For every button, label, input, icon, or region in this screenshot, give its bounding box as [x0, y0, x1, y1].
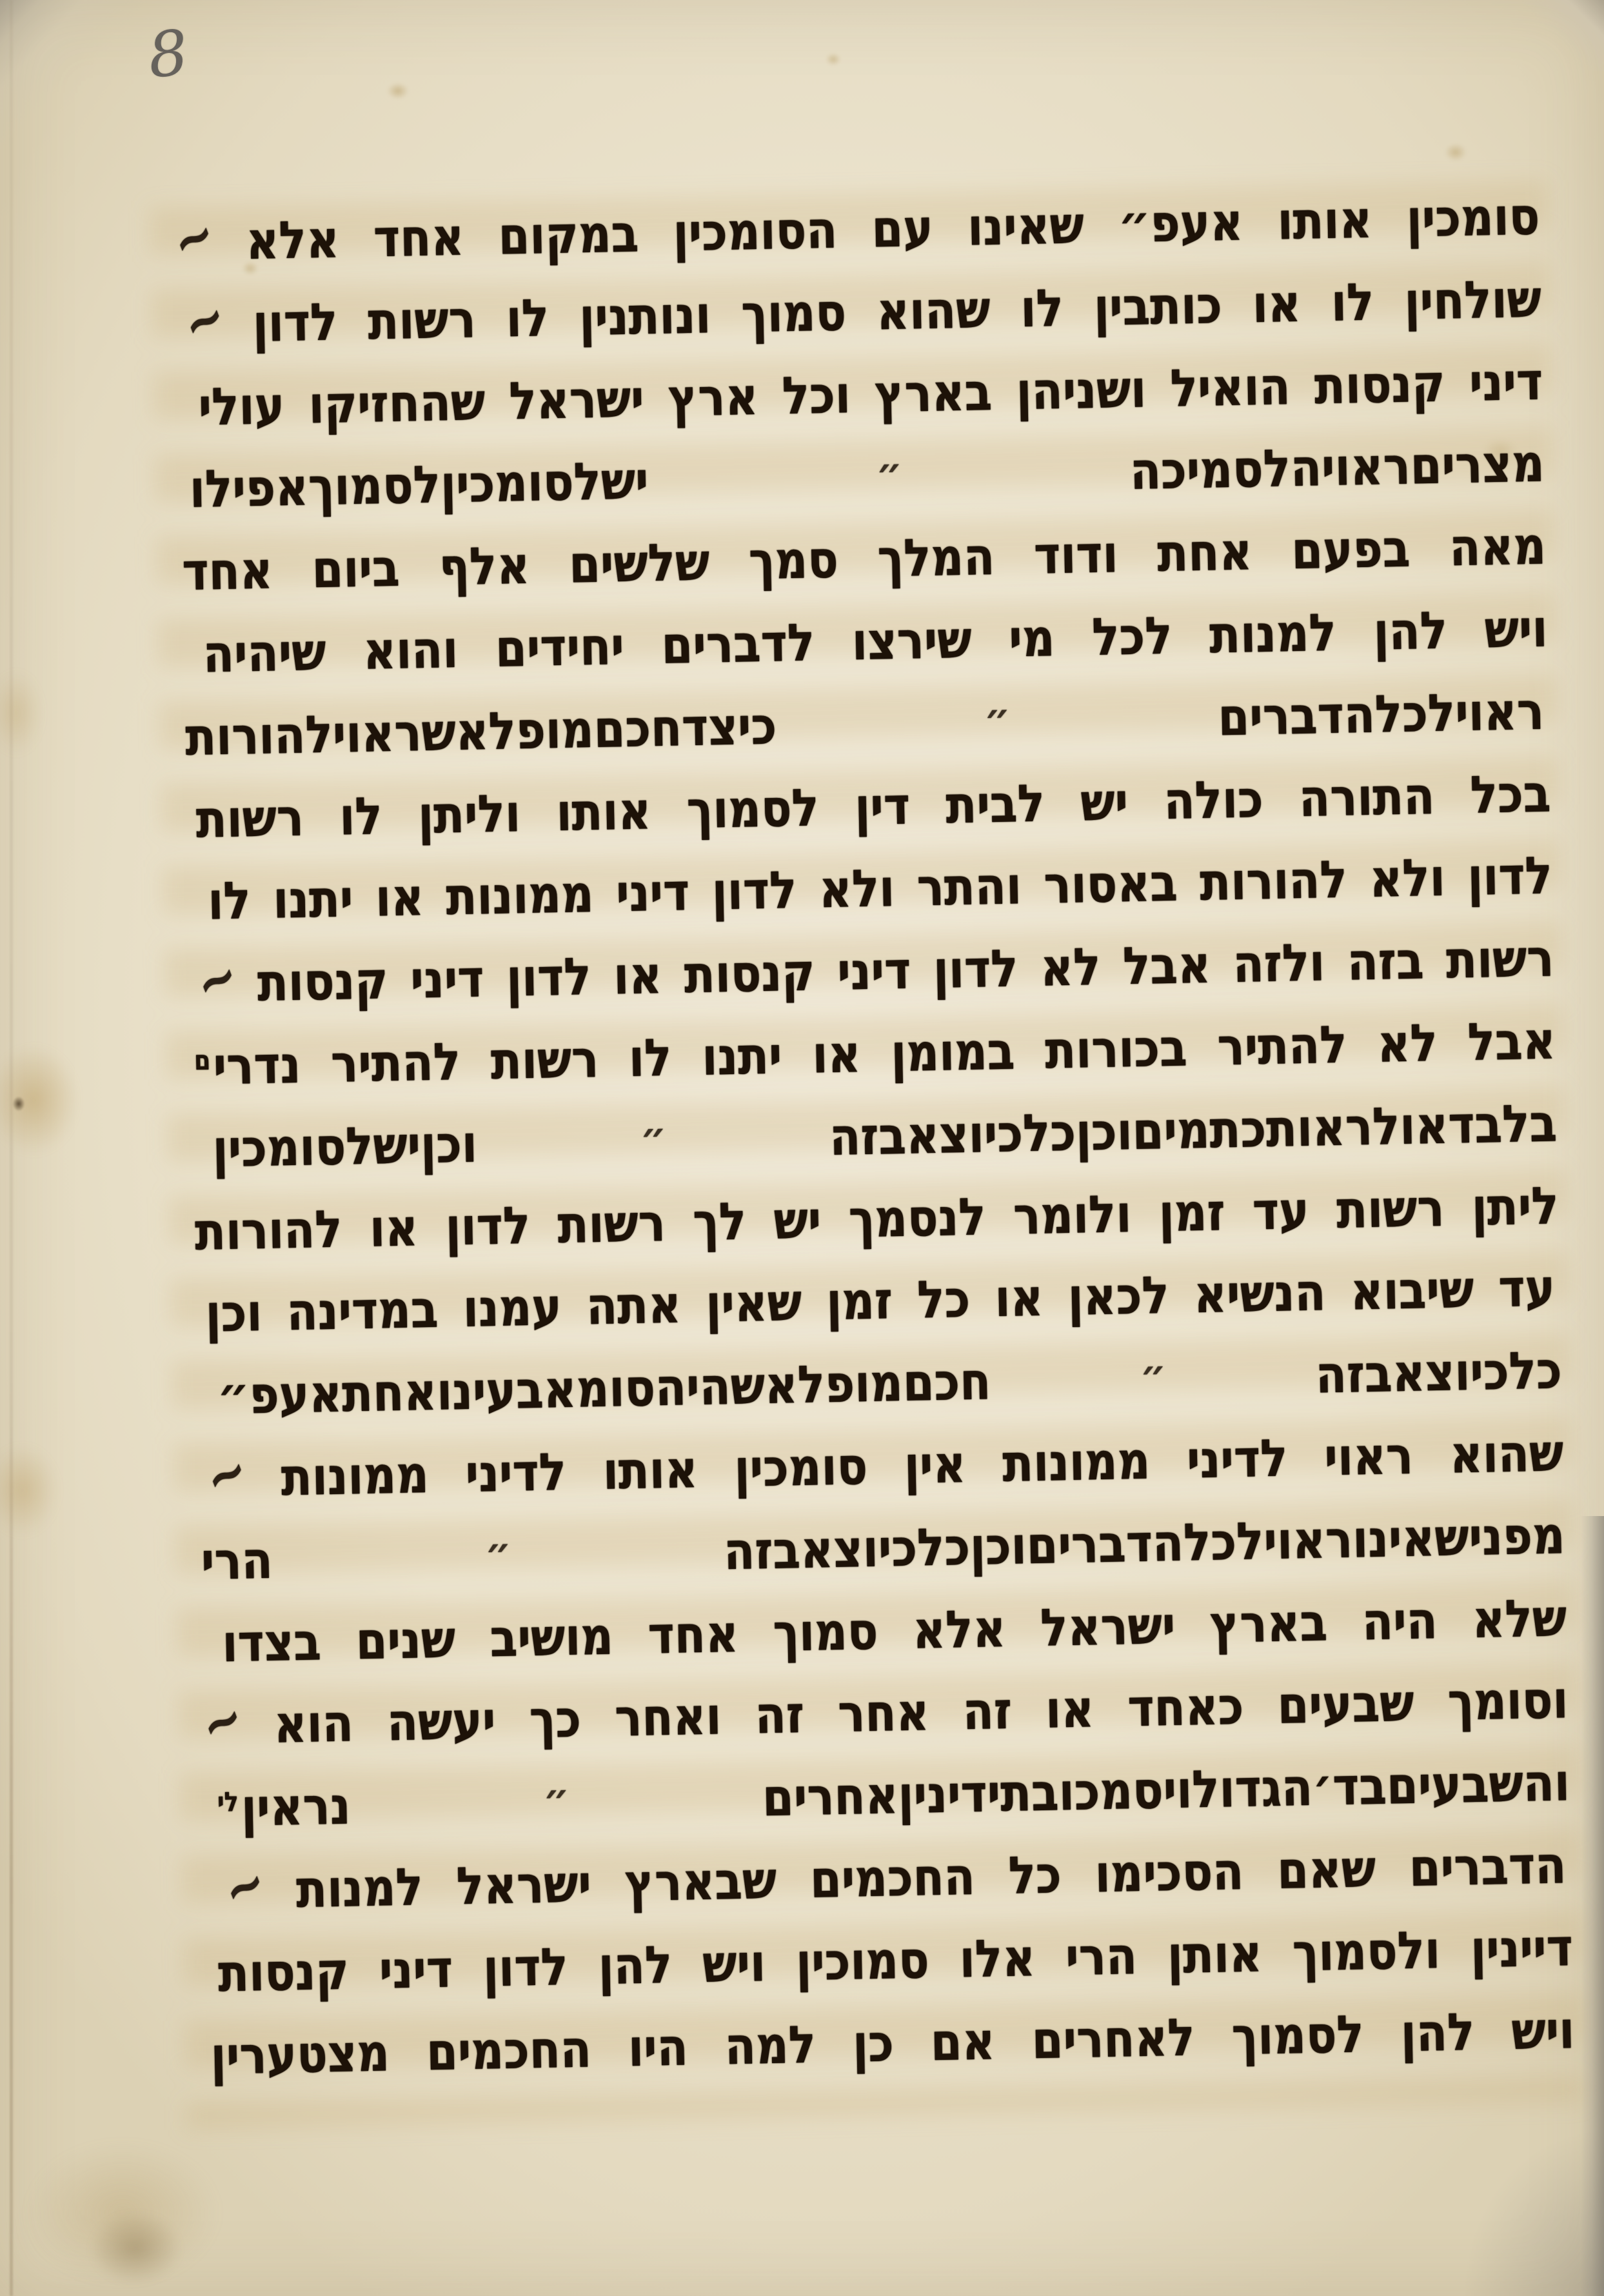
page-corner-shadow-bottom-right: [1462, 2128, 1604, 2296]
word: עם: [871, 200, 934, 258]
word: לדון: [445, 1197, 531, 1255]
word: להתיר: [1217, 1017, 1348, 1076]
word: אלא: [246, 212, 340, 270]
word: כיוצא: [1392, 1343, 1510, 1402]
word: לכאן: [1067, 1268, 1170, 1326]
word: מצטערין: [210, 2024, 390, 2084]
word: התורה: [1298, 768, 1435, 827]
word: לסמיכה: [1129, 441, 1291, 501]
word: מי: [1008, 610, 1055, 668]
word: כך: [529, 1691, 582, 1748]
word: ראויה: [1290, 438, 1411, 497]
word: קנסות: [684, 944, 815, 1004]
word: כל: [1008, 1847, 1062, 1904]
word: רשות: [557, 1195, 666, 1253]
word: עמנו: [462, 1279, 562, 1338]
word: הדברים: [1026, 1515, 1184, 1574]
word: שאין: [705, 1275, 802, 1333]
word: ושניהן: [1016, 361, 1147, 420]
word: בכורות: [1045, 1020, 1188, 1079]
word: אחת: [1157, 524, 1253, 583]
word: בזה: [723, 1522, 800, 1580]
word: למנות: [295, 1859, 423, 1919]
word: אם: [930, 2013, 995, 2071]
word: בכל: [1470, 765, 1551, 823]
word: ביום: [312, 540, 401, 598]
word: לכל: [1374, 684, 1456, 743]
word: כל: [916, 1272, 971, 1329]
word: וכל: [782, 366, 851, 424]
word: ממונות: [1002, 1433, 1151, 1492]
word: כאחד: [1127, 1679, 1245, 1737]
line-filler-flourish: ~: [217, 1853, 270, 1924]
word: וכן: [420, 1116, 477, 1173]
word: שבעים: [1277, 1675, 1414, 1735]
word: או: [1252, 275, 1302, 333]
word: הדברים: [1218, 686, 1376, 746]
word: לדון: [506, 949, 591, 1007]
word: אעפ״: [217, 1366, 342, 1424]
word: ויסמכו: [1058, 1762, 1193, 1821]
word: כתמים: [1132, 1101, 1267, 1160]
word: לו: [208, 873, 252, 930]
word: לראות: [1265, 1098, 1400, 1157]
folio-number: 8: [144, 16, 191, 92]
word: ויש: [1484, 601, 1548, 659]
stain: [387, 83, 409, 99]
word: אפילו: [189, 459, 309, 518]
word: קנסות: [1314, 355, 1445, 414]
word: אותו: [1277, 192, 1373, 250]
word: לבית: [946, 775, 1045, 834]
word: להתיר: [330, 1033, 461, 1093]
word: ישראל: [509, 370, 645, 430]
word: מושיב: [490, 1608, 614, 1667]
word: לו: [339, 788, 382, 845]
stain: [0, 671, 42, 755]
word: ונותנין: [579, 286, 711, 346]
word: אחרים: [762, 1768, 898, 1827]
word: מצרים: [1410, 435, 1545, 495]
word: ראוי: [1323, 1428, 1413, 1486]
word: סמוך: [740, 284, 846, 343]
word: לסמוך: [308, 457, 441, 516]
word: דיני: [615, 864, 690, 923]
word: לך: [692, 1193, 746, 1250]
word: יעשה: [386, 1693, 496, 1752]
word: שאינו: [967, 197, 1084, 256]
section-separator-mark: ״: [776, 689, 1218, 746]
word: וסומך: [1447, 1672, 1569, 1731]
word: סמוך: [773, 1603, 878, 1662]
word: להן: [1373, 603, 1448, 661]
section-separator-mark: ״: [648, 444, 1131, 501]
word: המלך: [877, 528, 995, 587]
line-filler-flourish: ~: [189, 946, 243, 1017]
word: ליתן: [1471, 1177, 1559, 1235]
word: או: [995, 1270, 1044, 1327]
word: אחד: [648, 1606, 739, 1664]
word: כיוצא: [906, 1105, 1024, 1164]
word: להורות: [1200, 852, 1348, 911]
word: במדינה: [286, 1281, 439, 1341]
word: אעפ״: [1118, 194, 1243, 253]
word: לדון: [711, 863, 797, 921]
word: הרי: [1065, 1928, 1138, 1986]
text-block: סומכיןאותואעפ״שאינועםהסומכיןבמקוםאחדאלא~…: [175, 188, 1576, 2124]
word: לסומכין: [212, 1118, 374, 1178]
word: ולסמוך: [1292, 1922, 1441, 1981]
word: הואיל: [1170, 358, 1291, 417]
word: אתה: [586, 1277, 682, 1335]
word: שהוא: [876, 281, 991, 340]
word: שיבוא: [1350, 1262, 1474, 1321]
ink-fleck: [13, 1097, 25, 1111]
word: אבל: [1122, 937, 1211, 995]
word: או: [369, 1199, 419, 1257]
word: לו: [506, 290, 550, 347]
word: סומכין: [734, 1438, 868, 1497]
word: להורות: [194, 1201, 342, 1260]
word: במומן: [891, 1023, 1016, 1082]
word: אין: [904, 1436, 966, 1494]
word: שנים: [355, 1611, 456, 1670]
word: ויש: [1511, 2002, 1575, 2060]
word: חכם: [902, 1353, 991, 1412]
word: בזה: [1347, 933, 1424, 991]
word: בארץ: [874, 364, 993, 423]
word: כל: [1509, 1343, 1563, 1400]
word: כיוצא: [800, 1520, 918, 1579]
word: מאה: [1449, 518, 1547, 577]
word: הדברים: [1409, 1837, 1567, 1897]
word: אותו: [556, 783, 652, 841]
stain: [90, 2213, 181, 2284]
word: לכל: [1183, 1513, 1264, 1571]
stain: [826, 53, 841, 66]
word: נדרים: [191, 1037, 301, 1095]
word: אותו: [602, 1441, 698, 1500]
word: ממונות: [446, 866, 595, 926]
word: יש: [373, 1117, 421, 1174]
word: ישראל: [456, 1856, 592, 1915]
word: לסומכין: [440, 454, 602, 514]
word: ולא: [1369, 850, 1446, 908]
stain: [26, 2142, 219, 2284]
word: שהיה: [655, 1358, 766, 1417]
word: דיני: [1469, 354, 1543, 412]
word: אחד: [182, 543, 273, 601]
word: זה: [962, 1683, 1013, 1741]
word: הסכימו: [1094, 1843, 1244, 1902]
word: בתי: [987, 1764, 1060, 1822]
word: חכם: [593, 699, 682, 757]
word: לו: [628, 1030, 672, 1087]
word: לא: [1040, 939, 1101, 997]
word: שיהיה: [203, 624, 326, 683]
word: יתנו: [272, 871, 353, 929]
word: אלא: [912, 1601, 1006, 1659]
word: אחד: [373, 209, 464, 267]
word: בזה: [829, 1108, 906, 1166]
word: החכמים: [426, 2021, 591, 2081]
word: אלף: [439, 537, 530, 595]
word: שלשים: [568, 534, 710, 594]
word: דיינין: [1470, 1919, 1573, 1978]
word: לו: [1331, 274, 1374, 332]
word: לדון: [482, 1939, 568, 1997]
word: כותבין: [1093, 277, 1222, 336]
word: סמך: [748, 532, 838, 590]
word: או: [375, 870, 424, 927]
word: יש: [600, 453, 649, 510]
word: או: [613, 948, 662, 1005]
word: לדון: [252, 294, 338, 352]
word: לו: [1020, 280, 1064, 337]
word: דין: [854, 777, 910, 835]
word: למה: [724, 2017, 817, 2075]
word: והתר: [916, 858, 1022, 917]
section-separator-mark: ״: [990, 1347, 1316, 1401]
word: לדון: [1467, 848, 1552, 906]
word: בארץ: [1209, 1594, 1328, 1653]
word: לסמוך: [1231, 2006, 1365, 2065]
word: הוא: [273, 1695, 354, 1753]
word: אותן: [1167, 1926, 1263, 1984]
word: ולזה: [1233, 935, 1325, 993]
word: שאינו: [1352, 1509, 1469, 1568]
word: היה: [1361, 1592, 1438, 1650]
word: ואחר: [614, 1688, 722, 1747]
word: זה: [755, 1687, 805, 1744]
word: כל: [916, 1519, 971, 1576]
word: והשבעים: [1386, 1755, 1570, 1815]
word: ממונות: [281, 1446, 430, 1506]
word: או: [812, 1026, 862, 1083]
word: אבל: [1467, 1013, 1556, 1071]
word: שולחין: [1404, 271, 1542, 330]
word: הסומכין: [673, 202, 838, 262]
word: רשות: [490, 1031, 599, 1090]
word: דיני: [379, 1941, 453, 1999]
word: מופלא: [764, 1355, 904, 1414]
word: זמן: [826, 1273, 893, 1331]
section-separator-mark: ״: [350, 1770, 763, 1826]
word: יש: [1080, 774, 1129, 831]
word: באסור: [1044, 855, 1178, 914]
word: אחת: [341, 1364, 437, 1423]
superscript-letters: ם: [194, 1046, 211, 1075]
word: עד: [1252, 1183, 1309, 1240]
line-filler-flourish: ~: [176, 287, 230, 358]
word: סומכין: [1406, 188, 1540, 248]
word: יחידים: [495, 618, 624, 677]
word: היו: [628, 2019, 688, 2077]
word: לנסמך: [848, 1188, 986, 1248]
word: ארץ: [668, 368, 758, 426]
line-filler-flourish: ~: [198, 1441, 252, 1512]
word: כן: [852, 2015, 894, 2072]
word: לאחרים: [1031, 2009, 1196, 2069]
word: והוא: [362, 621, 459, 680]
word: בצדו: [222, 1613, 322, 1672]
word: אלו: [959, 1930, 1036, 1988]
word: לכל: [1091, 608, 1173, 666]
word: וליתן: [417, 785, 520, 844]
word: שלא: [1472, 1590, 1567, 1648]
word: או: [1400, 1097, 1449, 1155]
word: ויש: [702, 1935, 766, 1993]
word: הנשיא: [1193, 1264, 1326, 1324]
word: להן: [598, 1937, 673, 1995]
word: שראוי: [332, 704, 456, 763]
word: אחר: [837, 1684, 929, 1742]
word: יש: [773, 1192, 822, 1249]
word: לדברים: [661, 615, 815, 674]
word: הגדול: [1191, 1759, 1313, 1818]
word: רשות: [368, 291, 477, 350]
word: בלבד: [1448, 1095, 1558, 1154]
word: דינין: [898, 1766, 988, 1824]
word: דיני: [410, 951, 485, 1009]
page-corner-curl-top-right: [1507, 0, 1604, 71]
word: שבארץ: [624, 1852, 777, 1912]
word: דיני: [837, 943, 911, 1001]
word: יתנו: [701, 1028, 782, 1086]
word: להורות: [185, 706, 333, 766]
word: לסמוך: [686, 779, 820, 839]
word: החכמים: [809, 1848, 975, 1908]
word: בד׳: [1312, 1758, 1387, 1816]
word: ראוי: [1454, 683, 1544, 741]
word: מופלא: [455, 701, 595, 761]
word: ראוי: [1263, 1512, 1353, 1570]
word: סומא: [543, 1360, 656, 1419]
stain: [1445, 143, 1467, 161]
word: מפני: [1469, 1507, 1566, 1566]
word: להן: [1400, 2004, 1475, 2062]
word: עולי: [198, 377, 285, 435]
word: בפעם: [1291, 521, 1411, 579]
word: רשות: [1336, 1180, 1445, 1239]
word: רשות: [195, 790, 304, 848]
section-separator-mark: ״: [272, 1523, 724, 1580]
page-crease-left: [10, 0, 13, 2296]
word: שהוא: [1449, 1425, 1564, 1484]
section-separator-mark: ״: [477, 1109, 830, 1164]
stain: [0, 1445, 58, 1535]
word: שירצו: [851, 612, 972, 670]
word: בזה: [1315, 1346, 1392, 1404]
word: ולא: [818, 861, 895, 919]
superscript-letters: לי: [217, 1788, 239, 1817]
word: שאם: [1276, 1841, 1376, 1899]
word: ישראל: [1040, 1597, 1176, 1657]
word: לדון: [933, 941, 1018, 999]
word: למנות: [1209, 604, 1336, 664]
word: קנסות: [257, 953, 388, 1012]
manuscript-page: 8 סומכיןאותואעפ״שאינועםהסומכיןבמקוםאחדאל…: [0, 0, 1604, 2296]
word: עד: [1498, 1260, 1556, 1317]
word: כיצד: [681, 698, 777, 757]
word: וכן: [205, 1285, 262, 1343]
word: זמן: [1158, 1184, 1225, 1242]
word: וכן: [969, 1517, 1027, 1575]
word: כל: [1022, 1104, 1076, 1162]
word: במקום: [498, 206, 639, 265]
word: קנסות: [217, 1943, 349, 2002]
word: וכן: [1075, 1103, 1133, 1161]
word: הרי: [201, 1532, 273, 1590]
word: לדיני: [1186, 1430, 1288, 1489]
word: נראיןלי: [214, 1778, 351, 1837]
word: או: [1045, 1681, 1094, 1739]
word: ולומר: [1013, 1186, 1132, 1244]
word: בעינו: [436, 1362, 544, 1421]
word: רשות: [1445, 930, 1554, 989]
word: ודוד: [1033, 526, 1118, 584]
word: לדיני: [465, 1444, 567, 1502]
word: כולה: [1163, 771, 1264, 830]
word: שהחזיקו: [308, 374, 486, 434]
word: סמוכין: [795, 1932, 929, 1991]
word: לא: [1377, 1015, 1438, 1073]
